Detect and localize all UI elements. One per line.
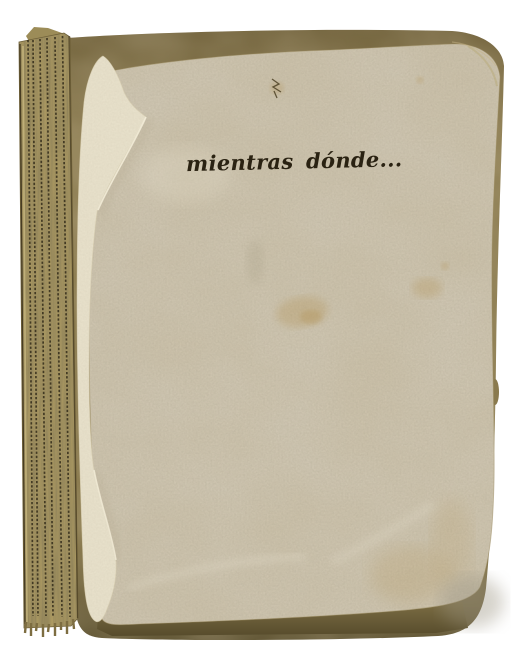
book: mientras dónde... <box>19 27 504 640</box>
stain-dot-top <box>417 77 424 84</box>
stain-under-blemish <box>270 82 284 94</box>
fringe-thread <box>36 623 37 631</box>
book-photo: mientras dónde... <box>0 0 524 650</box>
fringe-thread <box>25 622 26 633</box>
fringe-thread <box>48 624 49 632</box>
stain-dot-right <box>441 262 449 270</box>
fringe-thread <box>73 619 74 629</box>
stain-drip <box>246 240 264 284</box>
stain-center-core <box>300 310 322 324</box>
stain-right <box>412 278 442 298</box>
photo-canvas: mientras dónde... <box>0 0 524 650</box>
stain-corner-2 <box>432 498 472 582</box>
handwritten-title: mientras dónde... <box>186 146 403 176</box>
spine <box>19 27 78 637</box>
corner-shade <box>440 576 504 628</box>
